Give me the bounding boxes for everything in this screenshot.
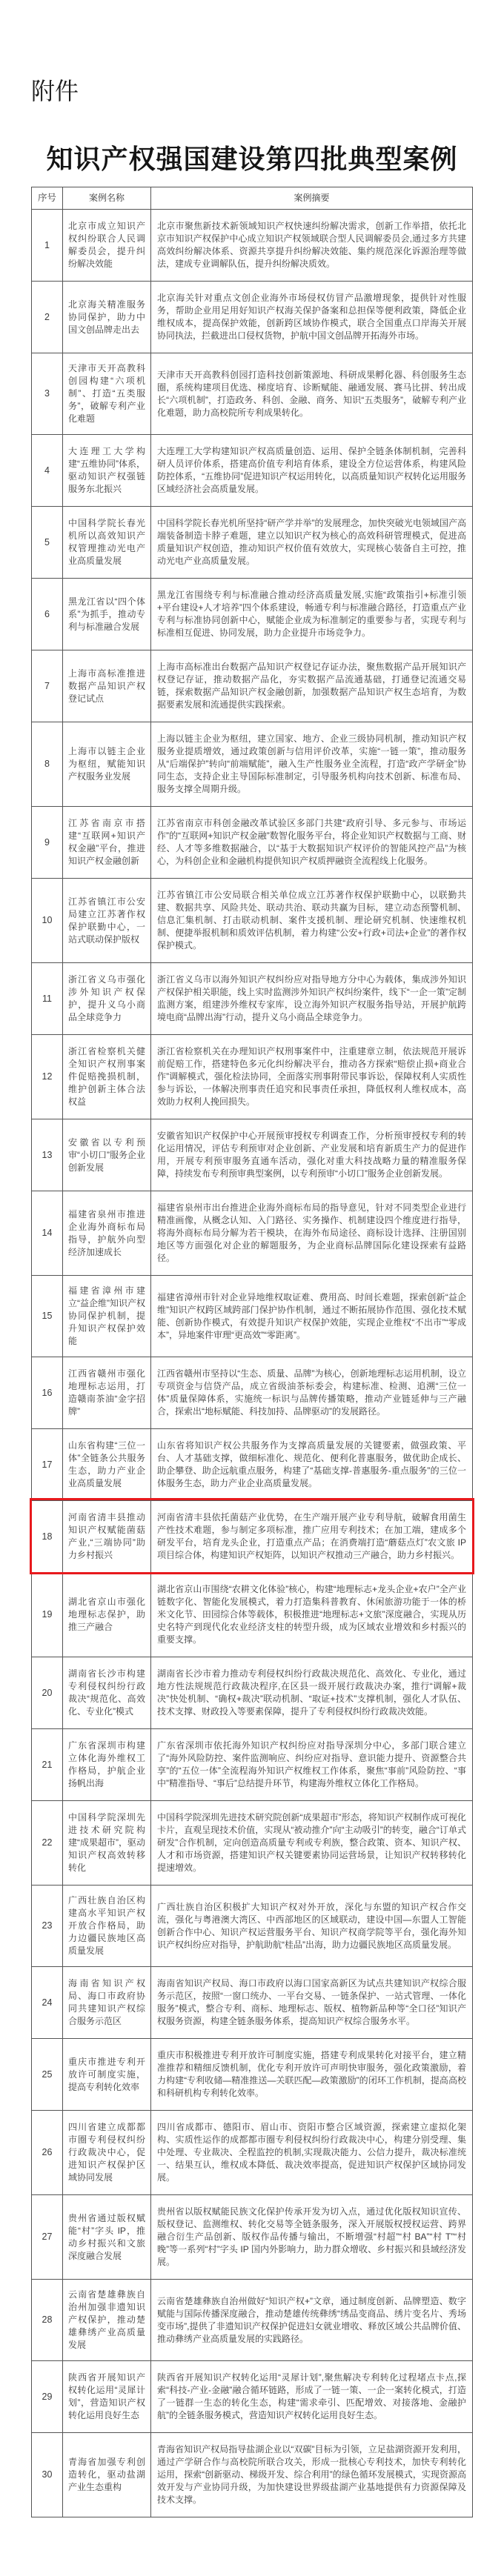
case-name-text: 中国科学院深圳先进技术研究院构建“成果超市”，驱动知识产权高效转移转化 <box>68 1811 145 1874</box>
document: 附件 知识产权强国建设第四批典型案例 序号 案例名称 案例摘要 1北京市成立知识… <box>0 0 504 2531</box>
table-row: 17山东省构建“三位一体”全链条公共服务生态，助力产业企业高质量发展山东省将知识… <box>32 1428 472 1500</box>
case-summary: 天津市天开高教科创园打造科技创新策源地、科研成果孵化器、科创服务生态圈，系统构建… <box>150 353 472 434</box>
case-summary-text: 江苏省镇江市公安局联合相关单位成立江苏著作权保护联勤中心，以联勤共建、数据共享、… <box>157 889 466 952</box>
table-row: 23广西壮族自治区构建高水平知识产权开放合作格局，助力边疆民族地区高质量发展广西… <box>32 1885 472 1966</box>
case-summary: 上海以链主企业为枢纽，建立国家、地方、企业三级协同机制，推动知识产权服务业提质增… <box>150 722 472 806</box>
case-number: 20 <box>32 1657 62 1728</box>
case-name: 河南省清丰县推动知识产权赋能菌菇产业,“三端协同”助力乡村振兴 <box>62 1501 150 1572</box>
case-summary-text: 广东省深圳市依托海外知识产权纠纷应对指导深圳分中心，多部门联合建立了“海外风险防… <box>157 1740 466 1790</box>
case-number: 18 <box>32 1501 62 1572</box>
case-name-text: 北京海关精准服务协同保护，助力中国文创品牌走出去 <box>68 299 145 336</box>
case-name-text: 云南省楚雄彝族自治州加强非遗知识产权保护，推动楚雄彝绣产业高质量发展 <box>68 2289 145 2352</box>
column-header-summary: 案例摘要 <box>150 187 472 209</box>
case-summary: 江苏省南京市科创金融改革试验区多部门共建“政府引导、多元参与、市场运作”的“互联… <box>150 807 472 878</box>
case-name: 贵州省通过版权赋能“村”字头 IP，推动乡村振兴和文旅深度融合发展 <box>62 2195 150 2279</box>
case-name-text: 中国科学院长春光机所以高效知识产权管理推动光电产业高质量发展 <box>68 517 145 568</box>
case-summary-text: 黑龙江省围绕专利与标准融合推动经济高质量发展,实施“政策指引+标准引领+平台建设… <box>157 589 466 639</box>
case-name: 黑龙江省以“四个体系”为抓手，推动专利与标准融合发展 <box>62 579 150 650</box>
case-summary: 福建省泉州市出台推进企业海外商标布局的指导意见，针对不同类型企业进行精准画像，从… <box>150 1191 472 1275</box>
table-row: 10江苏省镇江市公安局建立江苏著作权保护联勤中心，一站式联动保护版权江苏省镇江市… <box>32 878 472 962</box>
case-name: 江苏省南京市搭建“互联网+知识产权金融”平台，推进知识产权金融创新 <box>62 807 150 878</box>
case-summary: 江西省赣州市坚持以“生态、质量、品牌”为核心，创新地理标志运用机制，设立专项资金… <box>150 1357 472 1428</box>
case-summary-text: 海南省知识产权局、海口市政府以海口国家高新区为试点共建知识产权综合服务示范区，按… <box>157 1977 466 2028</box>
case-name: 上海市高标准推进数据产品知识产权登记试点 <box>62 650 150 722</box>
case-name-text: 四川省建立成都都市圈专利侵权纠纷行政裁决中心，促进知识产权保护区域协同发展 <box>68 2121 145 2184</box>
case-number: 12 <box>32 1035 62 1119</box>
case-summary: 浙江省义乌市以海外知识产权纠纷应对指导地方分中心为载体，集成涉外知识产权保护相关… <box>150 963 472 1034</box>
case-name-text: 湖北省京山市强化地理标志保护，助推三产融合 <box>68 1596 145 1634</box>
table-row: 30青海省加强专利创造转化，驱动盐湖产业生态重构青海省知识产权局指导盐湖企业以“… <box>32 2432 472 2517</box>
case-name-text: 河南省清丰县推动知识产权赋能菌菇产业,“三端协同”助力乡村振兴 <box>68 1511 145 1562</box>
case-summary-text: 青海省知识产权局指导盐湖企业以“双碳”目标为引领，立足盐湖资源开发利用，通过产学… <box>157 2443 466 2506</box>
case-summary: 安徽省知识产权保护中心开展预审授权专利调查工作，分析预审授权专利的转化运用情况，… <box>150 1119 472 1191</box>
case-summary-text: 福建省泉州市出台推进企业海外商标布局的指导意见，针对不同类型企业进行精准画像，从… <box>157 1202 466 1265</box>
table-row: 25重庆市推进专利开放许可制度实施，提高专利转化效率重庆市积极推进专利开放许可制… <box>32 2038 472 2110</box>
case-name: 江苏省镇江市公安局建立江苏著作权保护联勤中心，一站式联动保护版权 <box>62 879 150 962</box>
case-summary: 福建省漳州市针对企业异地维权取证难、费用高、时间长难题，探索创新“益企维”知识产… <box>150 1276 472 1357</box>
case-summary: 上海市高标准出台数据产品知识产权登记存证办法，聚焦数据产品开展知识产权登记存证，… <box>150 650 472 722</box>
case-name-text: 浙江省义乌市强化涉外知识产权保护，提升义乌小商品全球竞争力 <box>68 974 145 1024</box>
table-row: 3天津市天开高教科创园构建“六项机制”、打造“五类服务”，破解专利产业化难题天津… <box>32 353 472 434</box>
case-name-text: 广西壮族自治区构建高水平知识产权开放合作格局，助力边疆民族地区高质量发展 <box>68 1894 145 1957</box>
case-summary: 重庆市积极推进专利开放许可制度实施，搭建专利成果转化对接平台，建立精准推荐和精细… <box>150 2039 472 2110</box>
table-row: 22中国科学院深圳先进技术研究院构建“成果超市”，驱动知识产权高效转移转化中国科… <box>32 1800 472 1885</box>
case-name: 青海省加强专利创造转化，驱动盐湖产业生态重构 <box>62 2433 150 2517</box>
case-number: 25 <box>32 2039 62 2110</box>
page-title: 知识产权强国建设第四批典型案例 <box>31 139 473 176</box>
case-name: 陕西省开展知识产权转化运用“灵犀计划”，营造知识产权转化运用良好生态 <box>62 2361 150 2432</box>
case-number: 24 <box>32 1967 62 2038</box>
case-name-text: 山东省构建“三位一体”全链条公共服务生态，助力产业企业高质量发展 <box>68 1440 145 1490</box>
case-summary-text: 河南省清丰县依托菌菇产业优势，在生产端开展产业专利导航，破解食用菌生产性技术难题… <box>157 1511 466 1562</box>
case-name-text: 福建省漳州市建立“益企维”知识产权协同保护机制，提升知识产权保护效能 <box>68 1285 145 1348</box>
table-header-row: 序号 案例名称 案例摘要 <box>32 187 472 209</box>
table-row: 1北京市成立知识产权纠纷联合人民调解委员会，提升纠纷解决效能北京市聚焦新技术新领… <box>32 209 472 281</box>
case-summary: 中国科学院深圳先进技术研究院创新“成果超市”形态，将知识产权制作成可视化卡片，直… <box>150 1801 472 1885</box>
case-summary: 浙江省检察机关在办理知识产权刑事案件中，注重建章立制，依法规范开展诉前促赔工作，… <box>150 1035 472 1119</box>
case-summary-text: 湖南省长沙市着力推动专利侵权纠纷行政裁决规范化、高效化、专业化，通过地方性法规规… <box>157 1668 466 1718</box>
case-summary-text: 湖北省京山市围绕“农耕文化体验”核心，构建“地理标志+龙头企业+农户”全产业链数… <box>157 1583 466 1646</box>
case-name: 湖南省长沙市构建专利侵权纠纷行政裁决“规范化、高效化、专业化”模式 <box>62 1657 150 1728</box>
case-number: 1 <box>32 210 62 281</box>
case-number: 22 <box>32 1801 62 1885</box>
case-summary-text: 北京海关针对重点文创企业海外市场侵权仿冒产品激增现象，提供针对性服务，帮助企业用… <box>157 292 466 342</box>
case-number: 7 <box>32 650 62 722</box>
table-row-highlighted: 18河南省清丰县推动知识产权赋能菌菇产业,“三端协同”助力乡村振兴河南省清丰县依… <box>32 1500 472 1572</box>
case-summary: 河南省清丰县依托菌菇产业优势，在生产端开展产业专利导航，破解食用菌生产性技术难题… <box>150 1501 472 1572</box>
case-name: 福建省泉州市推进企业海外商标布局指导，护航外向型经济加速成长 <box>62 1191 150 1275</box>
case-summary: 大连理工大学构建知识产权高质量创造、运用、保护全链条体制机制，完善科研人员评价体… <box>150 435 472 506</box>
table-row: 14福建省泉州市推进企业海外商标布局指导，护航外向型经济加速成长福建省泉州市出台… <box>32 1191 472 1275</box>
case-name: 云南省楚雄彝族自治州加强非遗知识产权保护，推动楚雄彝绣产业高质量发展 <box>62 2280 150 2360</box>
case-name-text: 上海市高标准推进数据产品知识产权登记试点 <box>68 668 145 705</box>
table-row: 21广东省深圳市构建立体化海外维权工作格局，护航企业扬帆出海广东省深圳市依托海外… <box>32 1728 472 1800</box>
table-row: 12浙江省检察机关健全知识产权刑事案件促赔挽损机制，维护创新主体合法权益浙江省检… <box>32 1034 472 1119</box>
case-name: 中国科学院长春光机所以高效知识产权管理推动光电产业高质量发展 <box>62 507 150 578</box>
table-row: 26四川省建立成都都市圈专利侵权纠纷行政裁决中心，促进知识产权保护区域协同发展四… <box>32 2110 472 2194</box>
case-summary: 四川省成都市、德阳市、眉山市、资阳市整合区域资源，探索建立虚拟化架构、实质性运作… <box>150 2111 472 2194</box>
case-summary-text: 江苏省南京市科创金融改革试验区多部门共建“政府引导、多元参与、市场运作”的“互联… <box>157 817 466 868</box>
case-name-text: 安徽省以专利预审“小切口”服务企业创新发展 <box>68 1136 145 1174</box>
case-name-text: 上海市以链主企业为枢纽，赋能知识产权服务业发展 <box>68 745 145 783</box>
case-name: 上海市以链主企业为枢纽，赋能知识产权服务业发展 <box>62 722 150 806</box>
table-row: 15福建省漳州市建立“益企维”知识产权协同保护机制，提升知识产权保护效能福建省漳… <box>32 1275 472 1357</box>
case-summary-text: 山东省将知识产权公共服务作为支撑高质量发展的关键要素，做强政策、平台、人才基础支… <box>157 1440 466 1490</box>
table-row: 2北京海关精准服务协同保护，助力中国文创品牌走出去北京海关针对重点文创企业海外市… <box>32 281 472 353</box>
case-number: 11 <box>32 963 62 1034</box>
case-summary: 北京市聚焦新技术新领域知识产权快速纠纷解决需求，创新工作举措，依托北京市知识产权… <box>150 210 472 281</box>
case-name-text: 天津市天开高教科创园构建“六项机制”、打造“五类服务”，破解专利产业化难题 <box>68 362 145 425</box>
case-summary-text: 云南省楚雄彝族自治州做好“知识产权+”文章，通过制度创新、品牌塑造、数字赋能与国… <box>157 2295 466 2346</box>
table-row: 24海南省知识产权局、海口市政府协同共建知识产权综合服务示范区海南省知识产权局、… <box>32 1966 472 2038</box>
case-name-text: 湖南省长沙市构建专利侵权纠纷行政裁决“规范化、高效化、专业化”模式 <box>68 1668 145 1718</box>
case-summary: 青海省知识产权局指导盐湖企业以“双碳”目标为引领，立足盐湖资源开发利用，通过产学… <box>150 2433 472 2517</box>
case-number: 14 <box>32 1191 62 1275</box>
case-summary: 云南省楚雄彝族自治州做好“知识产权+”文章，通过制度创新、品牌塑造、数字赋能与国… <box>150 2280 472 2360</box>
case-number: 2 <box>32 282 62 353</box>
case-summary-text: 广西壮族自治区积极扩大知识产权对外开放，深化与东盟的知识产权合作交流，强化与粤港… <box>157 1901 466 1951</box>
table-row: 7上海市高标准推进数据产品知识产权登记试点上海市高标准出台数据产品知识产权登记存… <box>32 650 472 722</box>
case-summary-text: 上海市高标准出台数据产品知识产权登记存证办法，聚焦数据产品开展知识产权登记存证，… <box>157 661 466 711</box>
table-row: 29陕西省开展知识产权转化运用“灵犀计划”，营造知识产权转化运用良好生态陕西省开… <box>32 2360 472 2432</box>
case-name-text: 北京市成立知识产权纠纷联合人民调解委员会，提升纠纷解决效能 <box>68 220 145 270</box>
case-number: 8 <box>32 722 62 806</box>
case-summary: 北京海关针对重点文创企业海外市场侵权仿冒产品激增现象，提供针对性服务，帮助企业用… <box>150 282 472 353</box>
case-number: 26 <box>32 2111 62 2194</box>
table-row: 4大连理工大学构建“五维协同”体系，驱动知识产权强链服务东北振兴大连理工大学构建… <box>32 434 472 506</box>
case-name-text: 贵州省通过版权赋能“村”字头 IP，推动乡村振兴和文旅深度融合发展 <box>68 2212 145 2263</box>
case-number: 21 <box>32 1729 62 1800</box>
case-name-text: 江西省赣州市强化地理标志运用，打造赣南茶油“金字招牌” <box>68 1368 145 1418</box>
case-name: 中国科学院深圳先进技术研究院构建“成果超市”，驱动知识产权高效转移转化 <box>62 1801 150 1885</box>
case-summary: 湖南省长沙市着力推动专利侵权纠纷行政裁决规范化、高效化、专业化，通过地方性法规规… <box>150 1657 472 1728</box>
case-number: 19 <box>32 1573 62 1657</box>
case-summary-text: 上海以链主企业为枢纽，建立国家、地方、企业三级协同机制，推动知识产权服务业提质增… <box>157 733 466 796</box>
case-summary-text: 北京市聚焦新技术新领域知识产权快速纠纷解决需求，创新工作举措，依托北京市知识产权… <box>157 220 466 270</box>
case-name: 广东省深圳市构建立体化海外维权工作格局，护航企业扬帆出海 <box>62 1729 150 1800</box>
case-number: 5 <box>32 507 62 578</box>
case-number: 27 <box>32 2195 62 2279</box>
case-name-text: 陕西省开展知识产权转化运用“灵犀计划”，营造知识产权转化运用良好生态 <box>68 2372 145 2422</box>
case-name: 海南省知识产权局、海口市政府协同共建知识产权综合服务示范区 <box>62 1967 150 2038</box>
case-summary-text: 贵州省以版权赋能民族文化保护传承开发为切入点，通过优化版权知识宣传、版权登记、监… <box>157 2206 466 2269</box>
case-number: 4 <box>32 435 62 506</box>
case-summary-text: 天津市天开高教科创园打造科技创新策源地、科研成果孵化器、科创服务生态圈，系统构建… <box>157 369 466 419</box>
case-name: 浙江省义乌市强化涉外知识产权保护，提升义乌小商品全球竞争力 <box>62 963 150 1034</box>
case-summary-text: 陕西省开展知识产权转化运用“灵犀计划”,聚焦解决专利转化过程堵点卡点,探索“科技… <box>157 2372 466 2422</box>
case-name-text: 浙江省检察机关健全知识产权刑事案件促赔挽损机制，维护创新主体合法权益 <box>68 1045 145 1108</box>
case-summary: 广东省深圳市依托海外知识产权纠纷应对指导深圳分中心，多部门联合建立了“海外风险防… <box>150 1729 472 1800</box>
case-name: 浙江省检察机关健全知识产权刑事案件促赔挽损机制，维护创新主体合法权益 <box>62 1035 150 1119</box>
table-row: 16江西省赣州市强化地理标志运用，打造赣南茶油“金字招牌”江西省赣州市坚持以“生… <box>32 1357 472 1428</box>
case-summary: 广西壮族自治区积极扩大知识产权对外开放，深化与东盟的知识产权合作交流，强化与粤港… <box>150 1886 472 1966</box>
case-summary: 陕西省开展知识产权转化运用“灵犀计划”,聚焦解决专利转化过程堵点卡点,探索“科技… <box>150 2361 472 2432</box>
case-summary-text: 浙江省义乌市以海外知识产权纠纷应对指导地方分中心为载体，集成涉外知识产权保护相关… <box>157 974 466 1024</box>
case-name-text: 大连理工大学构建“五维协同”体系，驱动知识产权强链服务东北振兴 <box>68 445 145 496</box>
case-summary-text: 大连理工大学构建知识产权高质量创造、运用、保护全链条体制机制，完善科研人员评价体… <box>157 445 466 496</box>
case-number: 13 <box>32 1119 62 1191</box>
attachment-label: 附件 <box>31 79 473 104</box>
table-row: 8上海市以链主企业为枢纽，赋能知识产权服务业发展上海以链主企业为枢纽，建立国家、… <box>32 722 472 806</box>
case-summary-text: 重庆市积极推进专利开放许可制度实施，搭建专利成果转化对接平台，建立精准推荐和精细… <box>157 2049 466 2100</box>
case-summary: 江苏省镇江市公安局联合相关单位成立江苏著作权保护联勤中心，以联勤共建、数据共享、… <box>150 879 472 962</box>
case-number: 17 <box>32 1429 62 1500</box>
table-row: 28云南省楚雄彝族自治州加强非遗知识产权保护，推动楚雄彝绣产业高质量发展云南省楚… <box>32 2279 472 2360</box>
case-name-text: 海南省知识产权局、海口市政府协同共建知识产权综合服务示范区 <box>68 1977 145 2028</box>
case-name-text: 重庆市推进专利开放许可制度实施，提高专利转化效率 <box>68 2056 145 2094</box>
case-number: 28 <box>32 2280 62 2360</box>
case-name: 大连理工大学构建“五维协同”体系，驱动知识产权强链服务东北振兴 <box>62 435 150 506</box>
case-number: 30 <box>32 2433 62 2517</box>
case-number: 10 <box>32 879 62 962</box>
table-row: 11浙江省义乌市强化涉外知识产权保护，提升义乌小商品全球竞争力浙江省义乌市以海外… <box>32 962 472 1034</box>
case-name: 山东省构建“三位一体”全链条公共服务生态，助力产业企业高质量发展 <box>62 1429 150 1500</box>
column-header-name: 案例名称 <box>62 187 150 209</box>
column-header-index: 序号 <box>32 187 62 209</box>
case-number: 16 <box>32 1357 62 1428</box>
case-summary: 湖北省京山市围绕“农耕文化体验”核心，构建“地理标志+龙头企业+农户”全产业链数… <box>150 1573 472 1657</box>
case-name: 重庆市推进专利开放许可制度实施，提高专利转化效率 <box>62 2039 150 2110</box>
case-summary-text: 中国科学院长春光机所坚持“研产学并举”的发展理念，加快突破光电领域国产高端装备制… <box>157 517 466 568</box>
case-summary-text: 中国科学院深圳先进技术研究院创新“成果超市”形态，将知识产权制作成可视化卡片，直… <box>157 1811 466 1874</box>
table-row: 6黑龙江省以“四个体系”为抓手，推动专利与标准融合发展黑龙江省围绕专利与标准融合… <box>32 578 472 650</box>
case-name-text: 广东省深圳市构建立体化海外维权工作格局，护航企业扬帆出海 <box>68 1740 145 1790</box>
case-name-text: 江苏省镇江市公安局建立江苏著作权保护联勤中心，一站式联动保护版权 <box>68 896 145 946</box>
case-summary: 中国科学院长春光机所坚持“研产学并举”的发展理念，加快突破光电领域国产高端装备制… <box>150 507 472 578</box>
case-name: 福建省漳州市建立“益企维”知识产权协同保护机制，提升知识产权保护效能 <box>62 1276 150 1357</box>
table-row: 9江苏省南京市搭建“互联网+知识产权金融”平台，推进知识产权金融创新江苏省南京市… <box>32 806 472 878</box>
case-name: 江西省赣州市强化地理标志运用，打造赣南茶油“金字招牌” <box>62 1357 150 1428</box>
case-name: 广西壮族自治区构建高水平知识产权开放合作格局，助力边疆民族地区高质量发展 <box>62 1886 150 1966</box>
case-name-text: 黑龙江省以“四个体系”为抓手，推动专利与标准融合发展 <box>68 596 145 633</box>
case-number: 23 <box>32 1886 62 1966</box>
table-row: 19湖北省京山市强化地理标志保护，助推三产融合湖北省京山市围绕“农耕文化体验”核… <box>32 1572 472 1657</box>
case-name: 北京海关精准服务协同保护，助力中国文创品牌走出去 <box>62 282 150 353</box>
cases-table: 序号 案例名称 案例摘要 1北京市成立知识产权纠纷联合人民调解委员会，提升纠纷解… <box>31 187 473 2517</box>
case-number: 6 <box>32 579 62 650</box>
case-name: 天津市天开高教科创园构建“六项机制”、打造“五类服务”，破解专利产业化难题 <box>62 353 150 434</box>
table-row: 20湖南省长沙市构建专利侵权纠纷行政裁决“规范化、高效化、专业化”模式湖南省长沙… <box>32 1657 472 1728</box>
case-name: 四川省建立成都都市圈专利侵权纠纷行政裁决中心，促进知识产权保护区域协同发展 <box>62 2111 150 2194</box>
case-summary-text: 四川省成都市、德阳市、眉山市、资阳市整合区域资源，探索建立虚拟化架构、实质性运作… <box>157 2121 466 2184</box>
case-name: 北京市成立知识产权纠纷联合人民调解委员会，提升纠纷解决效能 <box>62 210 150 281</box>
case-name-text: 江苏省南京市搭建“互联网+知识产权金融”平台，推进知识产权金融创新 <box>68 817 145 868</box>
case-number: 29 <box>32 2361 62 2432</box>
table-row: 27贵州省通过版权赋能“村”字头 IP，推动乡村振兴和文旅深度融合发展贵州省以版… <box>32 2194 472 2279</box>
case-summary: 黑龙江省围绕专利与标准融合推动经济高质量发展,实施“政策指引+标准引领+平台建设… <box>150 579 472 650</box>
case-number: 9 <box>32 807 62 878</box>
case-name-text: 青海省加强专利创造转化，驱动盐湖产业生态重构 <box>68 2456 145 2494</box>
table-row: 13安徽省以专利预审“小切口”服务企业创新发展安徽省知识产权保护中心开展预审授权… <box>32 1119 472 1191</box>
case-summary: 海南省知识产权局、海口市政府以海口国家高新区为试点共建知识产权综合服务示范区，按… <box>150 1967 472 2038</box>
case-number: 3 <box>32 353 62 434</box>
case-name: 安徽省以专利预审“小切口”服务企业创新发展 <box>62 1119 150 1191</box>
case-summary-text: 福建省漳州市针对企业异地维权取证难、费用高、时间长难题，探索创新“益企维”知识产… <box>157 1291 466 1342</box>
case-number: 15 <box>32 1276 62 1357</box>
case-summary-text: 浙江省检察机关在办理知识产权刑事案件中，注重建章立制，依法规范开展诉前促赔工作，… <box>157 1045 466 1108</box>
case-name-text: 福建省泉州市推进企业海外商标布局指导，护航外向型经济加速成长 <box>68 1208 145 1259</box>
case-summary: 山东省将知识产权公共服务作为支撑高质量发展的关键要素，做强政策、平台、人才基础支… <box>150 1429 472 1500</box>
case-summary-text: 江西省赣州市坚持以“生态、质量、品牌”为核心，创新地理标志运用机制，设立专项资金… <box>157 1368 466 1418</box>
table-row: 5中国科学院长春光机所以高效知识产权管理推动光电产业高质量发展中国科学院长春光机… <box>32 506 472 578</box>
case-summary-text: 安徽省知识产权保护中心开展预审授权专利调查工作，分析预审授权专利的转化运用情况，… <box>157 1130 466 1180</box>
case-name: 湖北省京山市强化地理标志保护，助推三产融合 <box>62 1573 150 1657</box>
case-summary: 贵州省以版权赋能民族文化保护传承开发为切入点，通过优化版权知识宣传、版权登记、监… <box>150 2195 472 2279</box>
